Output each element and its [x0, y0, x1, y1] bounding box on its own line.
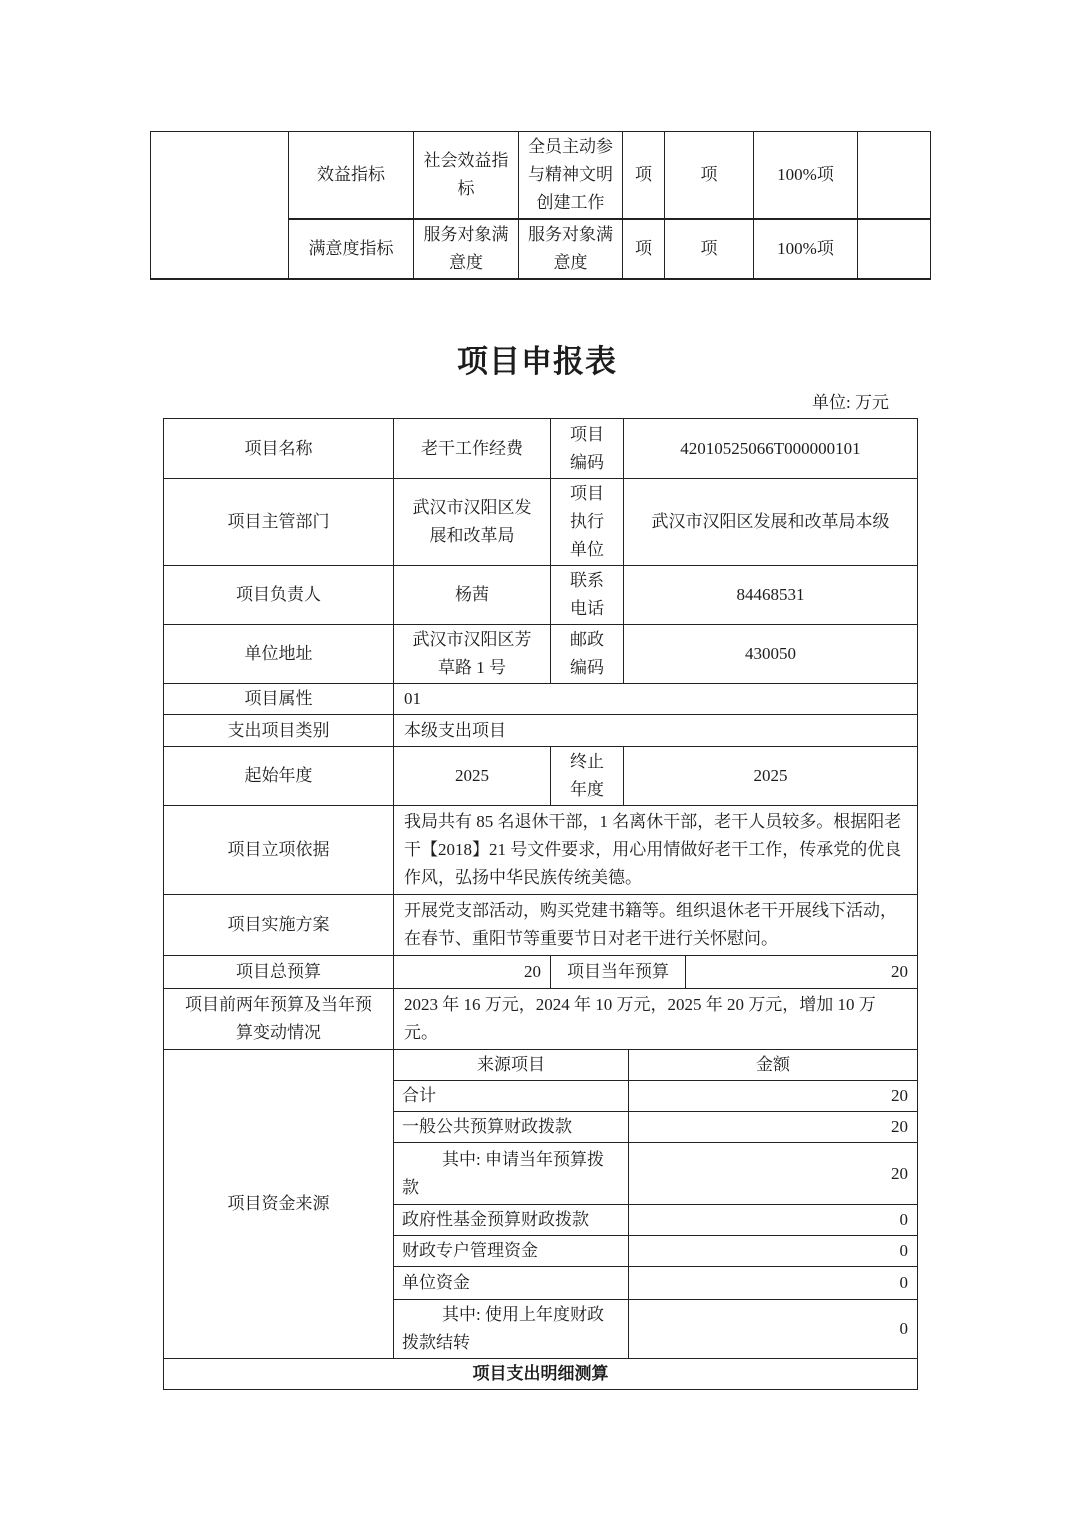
funding-source-cell: 财政专户管理资金	[394, 1236, 629, 1267]
phone-value: 84468531	[624, 566, 918, 625]
leader-value: 杨茜	[394, 566, 551, 625]
project-name-label: 项目名称	[164, 419, 394, 479]
document-page: 效益指标 社会效益指标 全员主动参与精神文明创建工作 项 项 100%项 满意度…	[0, 0, 1074, 1520]
indicator-subcategory-cell: 社会效益指标	[414, 132, 519, 220]
funding-amount-cell: 0	[629, 1205, 918, 1236]
dept-value: 武汉市汉阳区发展和改革局	[394, 479, 551, 566]
year-budget-value: 20	[686, 956, 918, 989]
project-name-value: 老干工作经费	[394, 419, 551, 479]
project-code-label: 项目编码	[551, 419, 624, 479]
indicator-name-cell: 全员主动参与精神文明创建工作	[519, 132, 623, 220]
funding-amount-header: 金额	[629, 1050, 918, 1081]
exec-unit-value: 武汉市汉阳区发展和改革局本级	[624, 479, 918, 566]
table-row: 项目负责人 杨茜 联系电话 84468531	[164, 566, 918, 625]
category-label: 支出项目类别	[164, 715, 394, 747]
basis-value: 我局共有 85 名退休干部，1 名离休干部，老干人员较多。根据阳老干【2018】…	[394, 806, 918, 895]
funding-row: 政府性基金预算财政拨款 0	[394, 1205, 918, 1236]
indicator-remark-cell	[858, 132, 931, 220]
table-row: 项目实施方案 开展党支部活动，购买党建书籍等。组织退休老干开展线下活动，在春节、…	[164, 895, 918, 956]
table-row: 项目前两年预算及当年预算变动情况 2023 年 16 万元，2024 年 10 …	[164, 989, 918, 1050]
address-value: 武汉市汉阳区芳草路 1 号	[394, 625, 551, 684]
table-row: 支出项目类别 本级支出项目	[164, 715, 918, 747]
exec-unit-label: 项目执行单位	[551, 479, 624, 566]
funding-source-cell: 一般公共预算财政拨款	[394, 1112, 629, 1143]
funding-row: 一般公共预算财政拨款 20	[394, 1112, 918, 1143]
funding-row: 单位资金 0	[394, 1267, 918, 1300]
plan-value: 开展党支部活动，购买党建书籍等。组织退休老干开展线下活动，在春节、重阳节等重要节…	[394, 895, 918, 956]
funding-row: 合计 20	[394, 1081, 918, 1112]
postcode-value: 430050	[624, 625, 918, 684]
table-row: 项目属性 01	[164, 684, 918, 715]
end-year-value: 2025	[624, 747, 918, 806]
indicator-subcategory-cell: 服务对象满意度	[414, 220, 519, 280]
page-title: 项目申报表	[0, 336, 1074, 381]
table-row: 单位地址 武汉市汉阳区芳草路 1 号 邮政编码 430050	[164, 625, 918, 684]
funding-amount-cell: 0	[629, 1267, 918, 1300]
indicator-category-cell: 效益指标	[289, 132, 414, 220]
total-budget-label: 项目总预算	[164, 956, 394, 989]
history-value: 2023 年 16 万元，2024 年 10 万元，2025 年 20 万元，增…	[394, 989, 918, 1050]
funding-row: 其中: 使用上年度财政拨款结转 0	[394, 1300, 918, 1359]
postcode-label: 邮政编码	[551, 625, 624, 684]
indicator-unit-cell: 项	[623, 132, 665, 220]
indicator-name-cell: 服务对象满意度	[519, 220, 623, 280]
expense-detail-section-header: 项目支出明细测算	[164, 1359, 918, 1390]
history-label: 项目前两年预算及当年预算变动情况	[164, 989, 394, 1050]
attribute-value: 01	[394, 684, 918, 715]
funding-source-cell: 单位资金	[394, 1267, 629, 1300]
table-row: 项目立项依据 我局共有 85 名退休干部，1 名离休干部，老干人员较多。根据阳老…	[164, 806, 918, 895]
funding-source-cell: 政府性基金预算财政拨款	[394, 1205, 629, 1236]
indicator-unit2-cell: 项	[665, 132, 754, 220]
funding-header-row: 来源项目 金额	[394, 1050, 918, 1081]
attribute-label: 项目属性	[164, 684, 394, 715]
indicator-unit-cell: 项	[623, 220, 665, 280]
table-row: 项目支出明细测算	[164, 1359, 918, 1390]
funding-block: 项目资金来源 来源项目 金额 合计 20 一般公共预算财政拨款 20 其中: 申…	[164, 1050, 918, 1359]
indicator-target-cell: 100%项	[754, 220, 858, 280]
indicator-table: 效益指标 社会效益指标 全员主动参与精神文明创建工作 项 项 100%项 满意度…	[150, 131, 931, 280]
category-value: 本级支出项目	[394, 715, 918, 747]
table-row: 起始年度 2025 终止年度 2025	[164, 747, 918, 806]
year-budget-label: 项目当年预算	[551, 956, 686, 989]
leader-label: 项目负责人	[164, 566, 394, 625]
funding-amount-cell: 20	[629, 1112, 918, 1143]
indicator-unit2-cell: 项	[665, 220, 754, 280]
indicator-target-cell: 100%项	[754, 132, 858, 220]
funding-source-cell: 合计	[394, 1081, 629, 1112]
start-year-label: 起始年度	[164, 747, 394, 806]
funding-source-cell: 其中: 申请当年预算拨款	[394, 1143, 629, 1205]
funding-amount-cell: 0	[629, 1300, 918, 1359]
dept-label: 项目主管部门	[164, 479, 394, 566]
start-year-value: 2025	[394, 747, 551, 806]
funding-row: 其中: 申请当年预算拨款 20	[394, 1143, 918, 1205]
basis-label: 项目立项依据	[164, 806, 394, 895]
address-label: 单位地址	[164, 625, 394, 684]
table-row: 项目总预算 20 项目当年预算 20	[164, 956, 918, 989]
indicator-row-satisfaction: 满意度指标 服务对象满意度 服务对象满意度 项 项 100%项	[289, 220, 931, 280]
application-form-table: 项目名称 老干工作经费 项目编码 42010525066T000000101 项…	[163, 418, 918, 1390]
funding-amount-cell: 20	[629, 1081, 918, 1112]
project-code-value: 42010525066T000000101	[624, 419, 918, 479]
funding-amount-cell: 0	[629, 1236, 918, 1267]
table-row: 项目主管部门 武汉市汉阳区发展和改革局 项目执行单位 武汉市汉阳区发展和改革局本…	[164, 479, 918, 566]
unit-note: 单位: 万元	[163, 388, 917, 413]
indicator-row-benefit: 效益指标 社会效益指标 全员主动参与精神文明创建工作 项 项 100%项	[289, 132, 931, 220]
indicator-empty-left-cell	[151, 132, 289, 280]
funding-row: 财政专户管理资金 0	[394, 1236, 918, 1267]
end-year-label: 终止年度	[551, 747, 624, 806]
indicator-remark-cell	[858, 220, 931, 280]
table-row: 项目名称 老干工作经费 项目编码 42010525066T000000101	[164, 419, 918, 479]
funding-label: 项目资金来源	[164, 1050, 394, 1359]
plan-label: 项目实施方案	[164, 895, 394, 956]
funding-amount-cell: 20	[629, 1143, 918, 1205]
total-budget-value: 20	[394, 956, 551, 989]
funding-source-header: 来源项目	[394, 1050, 629, 1081]
indicator-category-cell: 满意度指标	[289, 220, 414, 280]
phone-label: 联系电话	[551, 566, 624, 625]
funding-source-cell: 其中: 使用上年度财政拨款结转	[394, 1300, 629, 1359]
